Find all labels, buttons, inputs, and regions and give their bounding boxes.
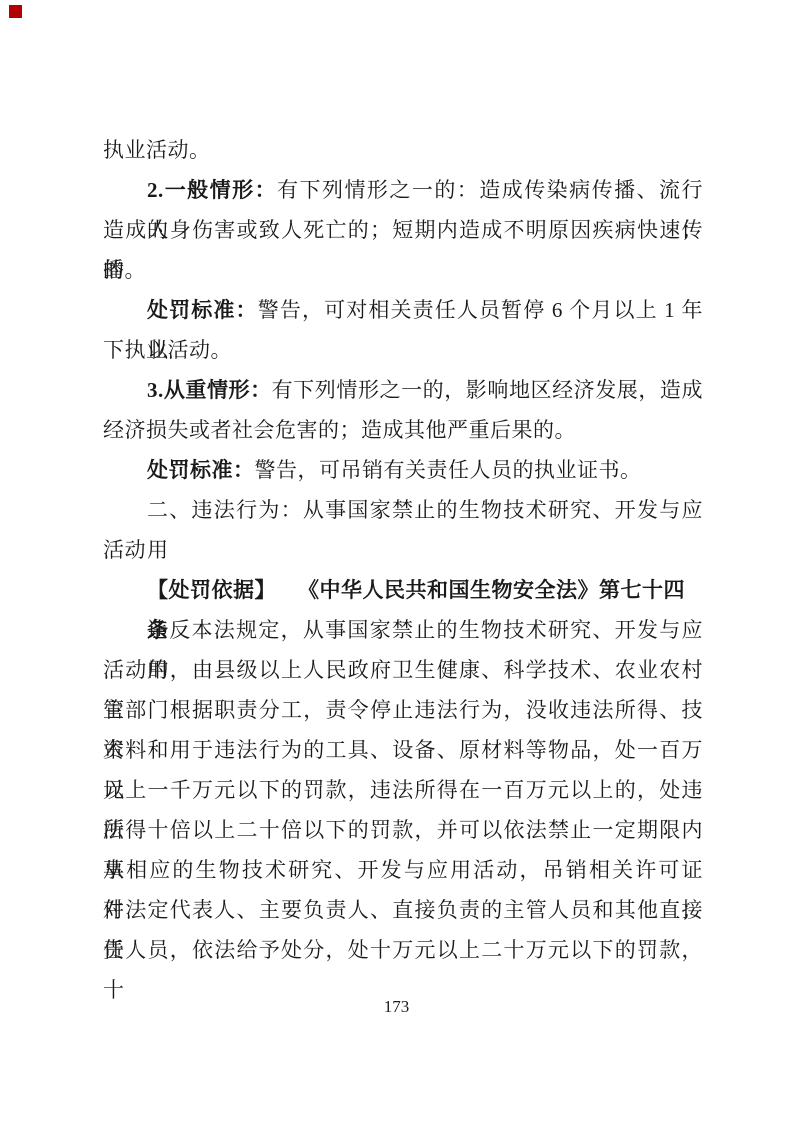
text-line: 资料和用于违法行为的工具、设备、原材料等物品，处一百万元 (103, 730, 703, 770)
text-line: 处罚标准：警告，可对相关责任人员暂停 6 个月以上 1 年以 (103, 290, 703, 330)
text-segment-bold: 2.一般情形： (147, 178, 277, 202)
text-segment: 活动 (103, 538, 146, 562)
text-segment: 下执业活动。 (103, 338, 232, 362)
text-segment-bold: 处罚标准： (147, 458, 255, 482)
document-page: 执业活动。2.一般情形：有下列情形之一的：造成传染病传播、流行的；造成人身伤害或… (0, 0, 793, 1122)
corner-marker (9, 5, 22, 18)
text-line: 处罚标准：警告，可吊销有关责任人员的执业证书。 (103, 450, 703, 490)
text-line: 活动的，由县级以上人民政府卫生健康、科学技术、农业农村主 (103, 650, 703, 690)
text-line: 的。 (103, 250, 703, 290)
text-segment-bold: 【处罚依据】 (147, 578, 266, 602)
text-line: 造成人身伤害或致人死亡的；短期内造成不明原因疾病快速传播 (103, 210, 703, 250)
text-line: 以上一千万元以下的罚款，违法所得在一百万元以上的，处违法 (103, 770, 703, 810)
text-segment: 有下列情形之一的，影响地区经济发展，造成 (272, 378, 703, 402)
text-segment: 的。 (103, 258, 146, 282)
document-body: 执业活动。2.一般情形：有下列情形之一的：造成传染病传播、流行的；造成人身伤害或… (103, 130, 703, 970)
text-line: 管部门根据职责分工，责令停止违法行为，没收违法所得、技术 (103, 690, 703, 730)
text-segment-bold: 3.从重情形： (147, 378, 272, 402)
text-line: 事相应的生物技术研究、开发与应用活动，吊销相关许可证件； (103, 850, 703, 890)
text-line: 对法定代表人、主要负责人、直接负责的主管人员和其他直接责 (103, 890, 703, 930)
text-segment-bold: 处罚标准： (147, 298, 258, 322)
text-segment: 警告，可吊销有关责任人员的执业证书。 (255, 458, 642, 482)
text-line: 执业活动。 (103, 130, 703, 170)
text-line: 活动 (103, 530, 703, 570)
text-segment-bold (266, 578, 309, 602)
text-line: 违反本法规定，从事国家禁止的生物技术研究、开发与应用 (103, 610, 703, 650)
text-line: 所得十倍以上二十倍以下的罚款，并可以依法禁止一定期限内从 (103, 810, 703, 850)
text-line: 【处罚依据】 《中华人民共和国生物安全法》第七十四条 (103, 570, 703, 610)
text-line: 下执业活动。 (103, 330, 703, 370)
text-line: 二、违法行为：从事国家禁止的生物技术研究、开发与应用 (103, 490, 703, 530)
text-line: 任人员，依法给予处分，处十万元以上二十万元以下的罚款，十 (103, 930, 703, 970)
page-number: 173 (0, 996, 793, 1018)
text-line: 经济损失或者社会危害的；造成其他严重后果的。 (103, 410, 703, 450)
text-segment: 执业活动。 (103, 138, 211, 162)
text-segment: 经济损失或者社会危害的；造成其他严重后果的。 (103, 418, 576, 442)
text-line: 2.一般情形：有下列情形之一的：造成传染病传播、流行的； (103, 170, 703, 210)
text-line: 3.从重情形：有下列情形之一的，影响地区经济发展，造成 (103, 370, 703, 410)
text-segment: 任人员，依法给予处分，处十万元以上二十万元以下的罚款，十 (103, 938, 703, 1002)
